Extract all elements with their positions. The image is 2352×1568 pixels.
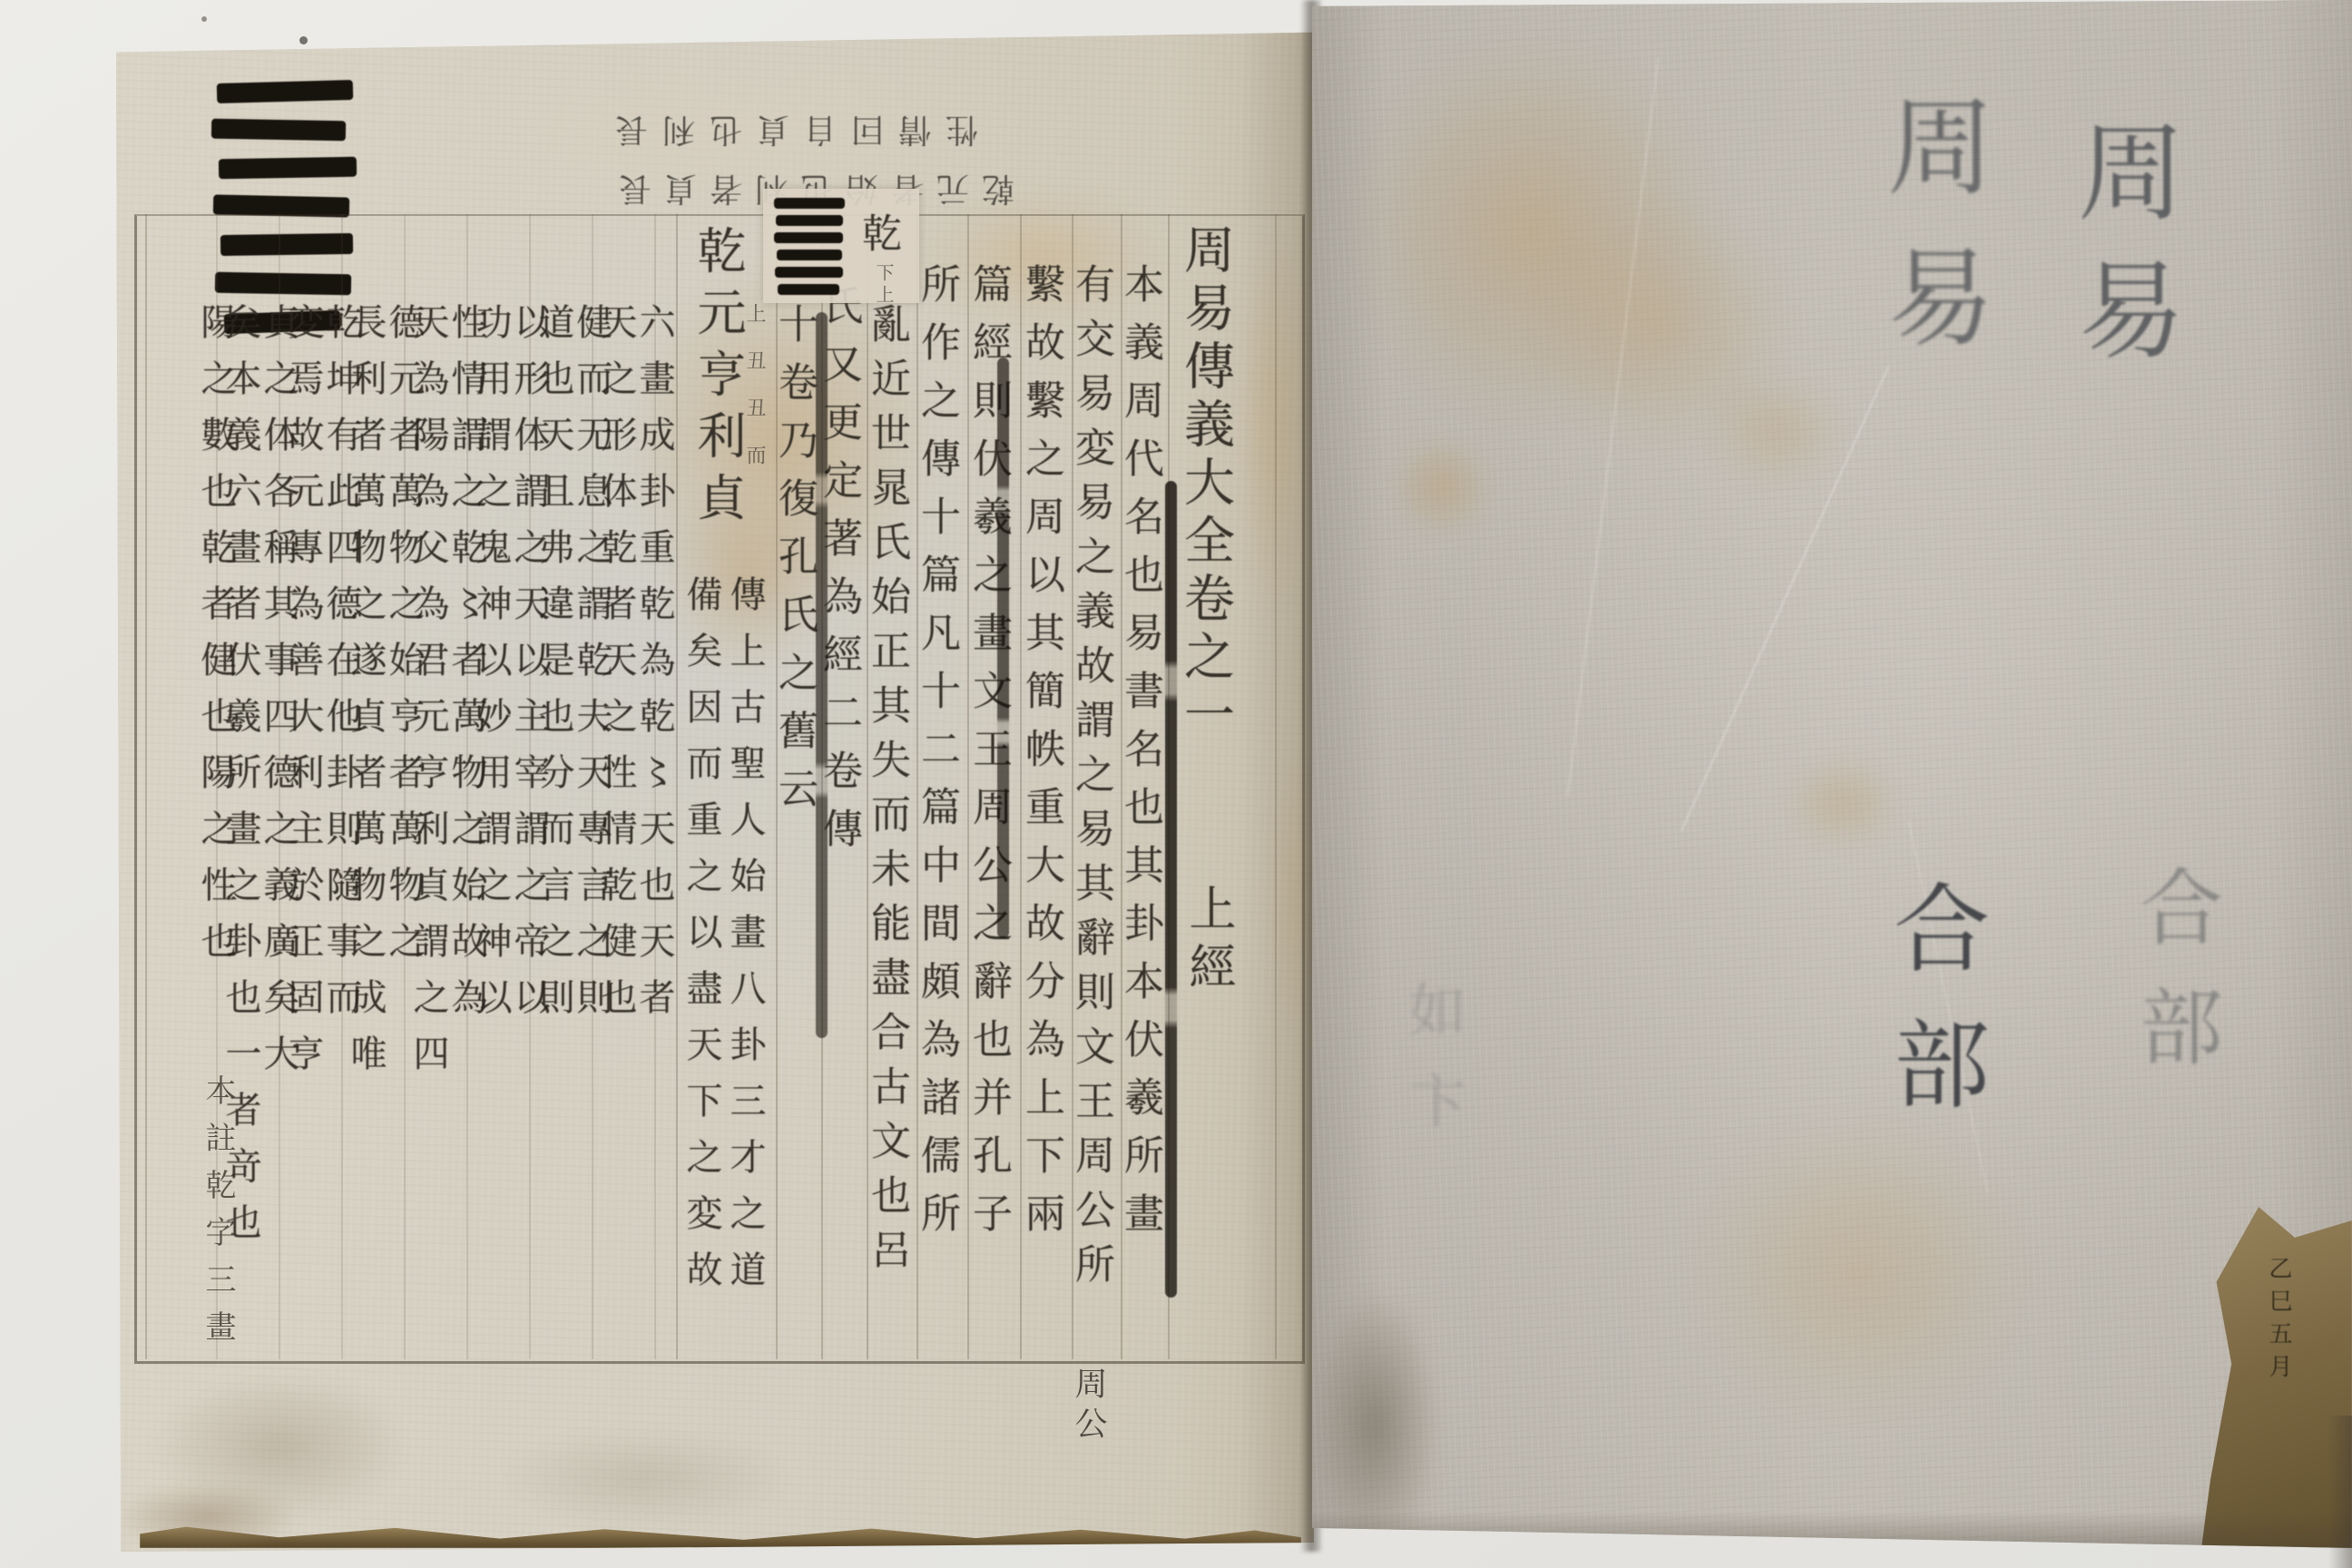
benyi-column: 有交易変易之義故謂之易其辭則文王周公所 — [1073, 263, 1120, 1298]
water-stain — [1702, 372, 1847, 490]
commentary-row: 備矣因而重之以盡天下之変故 — [686, 575, 728, 1307]
reader-note: 周公 — [1076, 1367, 1112, 1446]
annotation-line: 乾元者始也利者貞長 — [488, 168, 1014, 214]
reader-ink-line — [997, 358, 1009, 938]
hexagram-line — [774, 232, 843, 243]
hexagram-line — [219, 157, 357, 180]
commentary-row: 以形体謂之天以主宰謂之帝以 — [514, 303, 555, 1034]
frame-inner-rule — [145, 214, 147, 1359]
hexagram-line — [778, 284, 839, 295]
hexagram-line — [774, 198, 845, 209]
hexagram-line — [775, 267, 843, 278]
commentary-row: 性情謂之乾〻者萬物之始故為 — [451, 303, 493, 1034]
water-stain — [1784, 753, 1902, 853]
commentary-row: 六畫成卦重乾為乾〻天也天者 — [639, 303, 681, 1034]
commentary-row: 陽之數也乾者健也陽之性也 — [201, 303, 242, 978]
benyi-column: 篇經則伏羲之畫文王周公之辭也并孔子 — [970, 263, 1017, 1250]
slip-hexagram — [774, 198, 856, 298]
hexagram-line — [776, 215, 843, 226]
benyi-column: 亂近世晁氏始正其失而未能盡合古文也呂 — [868, 303, 916, 1283]
hexagram-line — [211, 119, 346, 142]
hexagram-label-gloss: 下上 — [877, 263, 897, 307]
benyi-column: 繫故繫之周以其簡帙重大故分為上下兩 — [1023, 263, 1070, 1250]
cover-calligraphy-right: 周易 — [2043, 116, 2198, 392]
faint-gutter-marks: 如卞 — [1390, 980, 1474, 1161]
grime-smudge — [497, 1428, 788, 1528]
ink-speck — [201, 16, 207, 22]
commentary-row: 德元者萬物之始亨者萬物之 — [388, 303, 430, 978]
commentary-row: 貞之体各稱其事四德之義廣矣大 — [263, 303, 305, 1091]
ink-speck — [299, 36, 308, 44]
hexagram-line — [217, 80, 354, 103]
reader-ink-line — [816, 312, 828, 1038]
photo-of-open-antique-book: 乾元者始也利者貞長 性情囙自貞也利長 周易傳義大全卷之一 上經 本義周代名也易書… — [0, 0, 2352, 1568]
commentary-row: 傳上古聖人始畫八卦三才之道 — [730, 575, 771, 1307]
cover-calligraphy-left: 周易 — [1853, 91, 2007, 392]
corner-inscription: 乙巳五月 — [2269, 1256, 2296, 1387]
hexagram-label: 乾 — [863, 212, 906, 252]
scripture-gloss: 上丑丑而 — [748, 303, 769, 492]
section-header: 上經 — [1191, 884, 1241, 1000]
bottom-margin-note: 本註乾字三畫 — [203, 1074, 240, 1357]
title-column: 周易傳義大全卷之一 — [1185, 223, 1241, 746]
hexagram-line — [777, 250, 842, 260]
right-cover-page: 周易 周易 合部 合部 如卞 乙巳五月 — [1312, 0, 2352, 1548]
backdrop-shadow — [2328, 1416, 2352, 1568]
page-edge-shadow — [1312, 1512, 2352, 1548]
benyi-column: 本義周代名也易書名也其卦本伏羲所畫 — [1122, 263, 1169, 1250]
corner-wear — [116, 1483, 298, 1552]
water-stain — [1693, 1116, 2029, 1425]
cover-calligraphy-lower-left: 合部 — [1864, 878, 2002, 1151]
reader-ink-line — [1165, 481, 1177, 1298]
left-printed-page: 乾元者始也利者貞長 性情囙自貞也利長 周易傳義大全卷之一 上經 本義周代名也易書… — [116, 31, 1314, 1552]
cover-calligraphy-lower-right: 合部 — [2114, 864, 2234, 1103]
water-stain — [1390, 436, 1494, 537]
annotation-line: 性情囙自貞也利長 — [488, 109, 978, 155]
handwritten-annotation: 乾元者始也利者貞長 性情囙自貞也利長 — [488, 54, 1014, 214]
commentary-row: 乾坤有此四德在他卦則隨事而 — [326, 303, 367, 1034]
commentary-row: 健而无息之謂乾夫天專言之則 — [576, 303, 618, 1034]
benyi-column: 所作之傳十篇凡十二篇中間頗為諸儒所 — [918, 263, 965, 1250]
